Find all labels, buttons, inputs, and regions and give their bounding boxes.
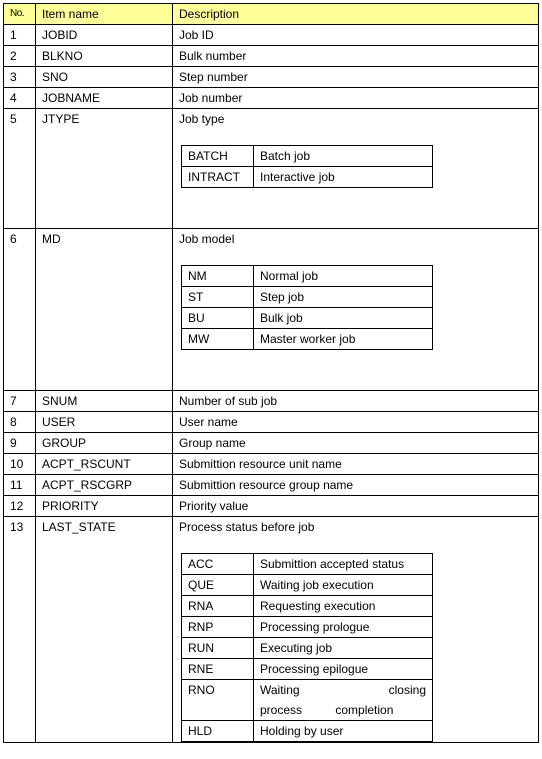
- description-text: Priority value: [179, 496, 532, 516]
- description-text: Step number: [179, 67, 532, 87]
- row-number: 10: [4, 454, 36, 475]
- header-description: Description: [173, 4, 539, 25]
- value-code: BATCH: [182, 146, 254, 167]
- description: Priority value: [173, 496, 539, 517]
- description-text: Submittion resource unit name: [179, 454, 532, 474]
- value-row: STStep job: [182, 287, 433, 308]
- item-name-text: USER: [42, 412, 166, 432]
- value-meaning: Waiting closing process completion: [254, 680, 433, 721]
- row-number-text: 5: [10, 109, 29, 129]
- description-text: Job model: [179, 229, 532, 249]
- row-number: 7: [4, 391, 36, 412]
- value-row: RNPProcessing prologue: [182, 617, 433, 638]
- header-item-name: Item name: [36, 4, 173, 25]
- description: Number of sub job: [173, 391, 539, 412]
- value-meaning: Normal job: [254, 266, 433, 287]
- table-header: No. Item name Description: [4, 4, 539, 25]
- item-name: PRIORITY: [36, 496, 173, 517]
- description-text: Group name: [179, 433, 532, 453]
- value-meaning: Master worker job: [254, 329, 433, 350]
- value-row: MWMaster worker job: [182, 329, 433, 350]
- value-meaning: Submittion accepted status: [254, 554, 433, 575]
- value-meaning: Step job: [254, 287, 433, 308]
- row-number: 13: [4, 517, 36, 743]
- description-text: Job type: [179, 109, 532, 129]
- value-meaning: Bulk job: [254, 308, 433, 329]
- item-name-text: LAST_STATE: [42, 517, 166, 537]
- row-number: 3: [4, 67, 36, 88]
- table-row: 13LAST_STATEProcess status before jobACC…: [4, 517, 539, 743]
- description: Job number: [173, 88, 539, 109]
- table-row: 7SNUMNumber of sub job: [4, 391, 539, 412]
- row-number: 11: [4, 475, 36, 496]
- table-row: 8USERUser name: [4, 412, 539, 433]
- item-name-text: ACPT_RSCGRP: [42, 475, 166, 495]
- row-number-text: 8: [10, 412, 29, 432]
- value-meaning: Interactive job: [254, 167, 433, 188]
- row-number-text: 13: [10, 517, 29, 537]
- value-code: NM: [182, 266, 254, 287]
- value-meaning: Processing epilogue: [254, 659, 433, 680]
- row-number: 6: [4, 229, 36, 391]
- value-row: RNARequesting execution: [182, 596, 433, 617]
- description: Job typeBATCHBatch jobINTRACTInteractive…: [173, 109, 539, 229]
- value-code: RNE: [182, 659, 254, 680]
- item-name: SNUM: [36, 391, 173, 412]
- value-code: INTRACT: [182, 167, 254, 188]
- header-no: No.: [4, 4, 36, 25]
- row-number: 2: [4, 46, 36, 67]
- table-row: 6MDJob modelNMNormal jobSTStep jobBUBulk…: [4, 229, 539, 391]
- description-text: Bulk number: [179, 46, 532, 66]
- value-code: ST: [182, 287, 254, 308]
- value-meaning: Requesting execution: [254, 596, 433, 617]
- description: Bulk number: [173, 46, 539, 67]
- item-name-text: ACPT_RSCUNT: [42, 454, 166, 474]
- row-number: 1: [4, 25, 36, 46]
- table-row: 1JOBIDJob ID: [4, 25, 539, 46]
- item-name: JTYPE: [36, 109, 173, 229]
- value-row: RNEProcessing epilogue: [182, 659, 433, 680]
- description: Process status before jobACCSubmittion a…: [173, 517, 539, 743]
- row-number-text: 12: [10, 496, 29, 516]
- item-name-text: JTYPE: [42, 109, 166, 129]
- value-row: INTRACTInteractive job: [182, 167, 433, 188]
- row-number-text: 7: [10, 391, 29, 411]
- description-text: Job number: [179, 88, 532, 108]
- description: User name: [173, 412, 539, 433]
- description-text: User name: [179, 412, 532, 432]
- item-name: ACPT_RSCGRP: [36, 475, 173, 496]
- item-name: LAST_STATE: [36, 517, 173, 743]
- item-name-text: GROUP: [42, 433, 166, 453]
- value-table: ACCSubmittion accepted statusQUEWaiting …: [181, 553, 433, 742]
- item-name: MD: [36, 229, 173, 391]
- description-text: Process status before job: [179, 517, 532, 537]
- description: Job ID: [173, 25, 539, 46]
- table-row: 12PRIORITYPriority value: [4, 496, 539, 517]
- row-number-text: 1: [10, 25, 29, 45]
- row-number: 9: [4, 433, 36, 454]
- value-meaning: Executing job: [254, 638, 433, 659]
- value-code: RNA: [182, 596, 254, 617]
- value-meaning: Processing prologue: [254, 617, 433, 638]
- item-name: JOBNAME: [36, 88, 173, 109]
- description-text: Submittion resource group name: [179, 475, 532, 495]
- row-number: 4: [4, 88, 36, 109]
- value-meaning: Waiting job execution: [254, 575, 433, 596]
- value-code: RNO: [182, 680, 254, 721]
- table-row: 2BLKNOBulk number: [4, 46, 539, 67]
- item-name: JOBID: [36, 25, 173, 46]
- value-table: BATCHBatch jobINTRACTInteractive job: [181, 145, 433, 188]
- table-row: 5JTYPEJob typeBATCHBatch jobINTRACTInter…: [4, 109, 539, 229]
- value-row: ACCSubmittion accepted status: [182, 554, 433, 575]
- description: Job modelNMNormal jobSTStep jobBUBulk jo…: [173, 229, 539, 391]
- item-name-text: PRIORITY: [42, 496, 166, 516]
- value-row: NMNormal job: [182, 266, 433, 287]
- value-meaning: Holding by user: [254, 721, 433, 742]
- description-text: Job ID: [179, 25, 532, 45]
- value-row: BATCHBatch job: [182, 146, 433, 167]
- value-meaning: Batch job: [254, 146, 433, 167]
- value-code: RNP: [182, 617, 254, 638]
- item-name-text: BLKNO: [42, 46, 166, 66]
- item-name: USER: [36, 412, 173, 433]
- item-name: SNO: [36, 67, 173, 88]
- value-code: MW: [182, 329, 254, 350]
- row-number: 8: [4, 412, 36, 433]
- value-code: QUE: [182, 575, 254, 596]
- value-row: RNOWaiting closing process completion: [182, 680, 433, 721]
- item-name: ACPT_RSCUNT: [36, 454, 173, 475]
- value-row: QUEWaiting job execution: [182, 575, 433, 596]
- description: Submittion resource group name: [173, 475, 539, 496]
- value-code: RUN: [182, 638, 254, 659]
- table-row: 3SNOStep number: [4, 67, 539, 88]
- row-number-text: 2: [10, 46, 29, 66]
- row-number-text: 9: [10, 433, 29, 453]
- row-number-text: 4: [10, 88, 29, 108]
- value-table: NMNormal jobSTStep jobBUBulk jobMWMaster…: [181, 265, 433, 350]
- item-name: BLKNO: [36, 46, 173, 67]
- value-code: ACC: [182, 554, 254, 575]
- table-row: 9GROUPGroup name: [4, 433, 539, 454]
- description: Submittion resource unit name: [173, 454, 539, 475]
- value-row: HLDHolding by user: [182, 721, 433, 742]
- table-row: 4JOBNAMEJob number: [4, 88, 539, 109]
- item-name-text: SNUM: [42, 391, 166, 411]
- description: Group name: [173, 433, 539, 454]
- value-code: BU: [182, 308, 254, 329]
- table-row: 10ACPT_RSCUNTSubmittion resource unit na…: [4, 454, 539, 475]
- row-number: 5: [4, 109, 36, 229]
- row-number: 12: [4, 496, 36, 517]
- item-name-text: JOBNAME: [42, 88, 166, 108]
- value-code: HLD: [182, 721, 254, 742]
- value-row: BUBulk job: [182, 308, 433, 329]
- row-number-text: 11: [10, 475, 29, 495]
- row-number-text: 6: [10, 229, 29, 249]
- row-number-text: 10: [10, 454, 29, 474]
- description: Step number: [173, 67, 539, 88]
- item-name-text: MD: [42, 229, 166, 249]
- description-text: Number of sub job: [179, 391, 532, 411]
- item-name-text: JOBID: [42, 25, 166, 45]
- item-table: No. Item name Description 1JOBIDJob ID2B…: [3, 3, 539, 743]
- table-row: 11ACPT_RSCGRPSubmittion resource group n…: [4, 475, 539, 496]
- item-name: GROUP: [36, 433, 173, 454]
- item-name-text: SNO: [42, 67, 166, 87]
- row-number-text: 3: [10, 67, 29, 87]
- value-row: RUNExecuting job: [182, 638, 433, 659]
